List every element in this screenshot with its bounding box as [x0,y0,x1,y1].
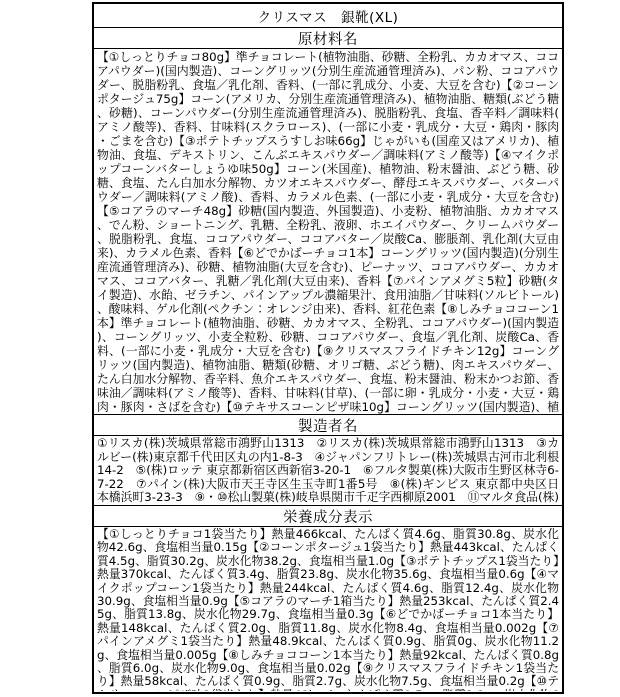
section-header-nutrition: 栄養成分表示 [94,505,562,526]
product-spec-document: クリスマス 銀靴(XL) 原材料名 【①しっとりチョコ80g】準チョコレート(植… [92,2,564,694]
page: { "title": "クリスマス 銀靴(XL)", "sections": {… [0,0,620,697]
document-title: クリスマス 銀靴(XL) [94,4,562,27]
ingredients-text: 【①しっとりチョコ80g】準チョコレート(植物油脂、砂糖、全粉乳、カカオマス、コ… [94,48,562,414]
nutrition-text: 【①しっとりチョコ1袋当たり】熱量466kcal、たんぱく質4.6g、脂質30.… [94,526,562,691]
section-header-ingredients: 原材料名 [94,27,562,48]
section-header-manufacturers: 製造者名 [94,414,562,435]
manufacturers-text: ①リスカ(株)茨城県常総市鴻野山1313 ②リスカ(株)茨城県常総市鴻野山131… [94,435,562,505]
